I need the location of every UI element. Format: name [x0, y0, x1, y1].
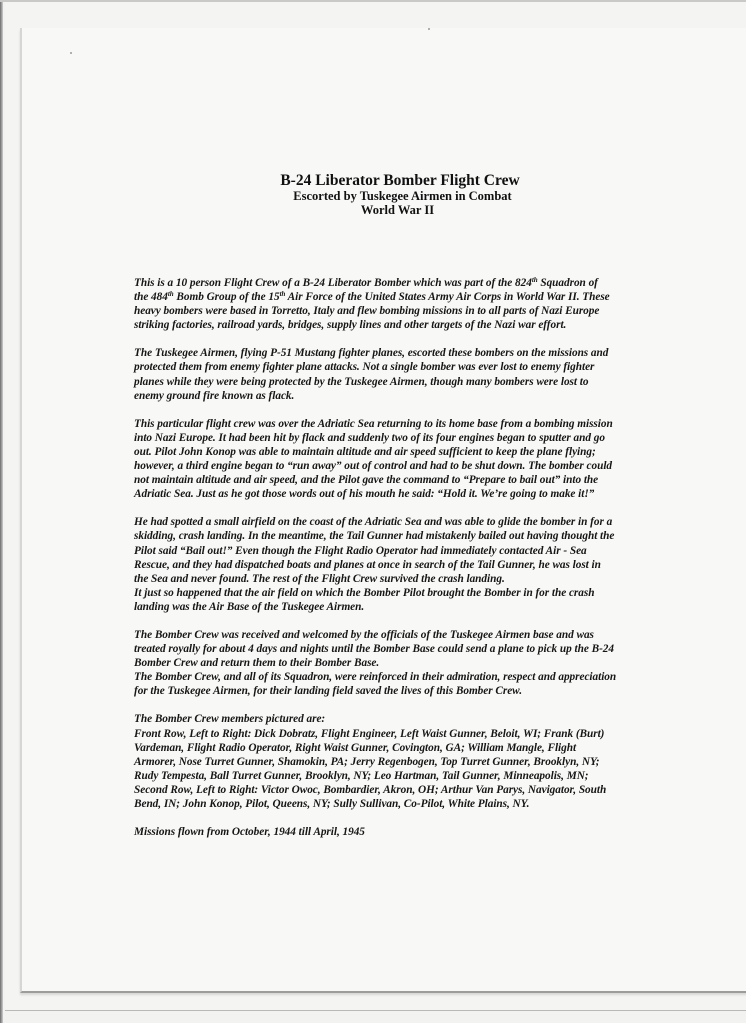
- text-line: into Nazi Europe. It had been hit by fla…: [134, 431, 664, 445]
- text-line: Armorer, Nose Turret Gunner, Shamokin, P…: [134, 755, 664, 769]
- text-line: landing was the Air Base of the Tuskegee…: [134, 600, 664, 614]
- text-line: striking factories, railroad yards, brid…: [134, 318, 664, 332]
- text-line: He had spotted a small airfield on the c…: [134, 515, 664, 529]
- text-line: Rudy Tempesta, Ball Turret Gunner, Brook…: [134, 769, 664, 783]
- paragraph-flight: This particular flight crew was over the…: [134, 417, 664, 502]
- text-line: It just so happened that the air field o…: [134, 586, 664, 600]
- text-line: planes while they were being protected b…: [134, 375, 664, 389]
- text-line: enemy ground fire known as flack.: [134, 389, 664, 403]
- text-line: for the Tuskegee Airmen, for their landi…: [134, 684, 664, 698]
- paragraph-crew-list: The Bomber Crew members pictured are:Fro…: [134, 712, 664, 811]
- paragraph-escort: The Tuskegee Airmen, flying P-51 Mustang…: [134, 346, 664, 402]
- text-line: not maintain altitude and air speed, and…: [134, 473, 664, 487]
- text-line: heavy bombers were based in Torretto, It…: [134, 304, 664, 318]
- text-line: This is a 10 person Flight Crew of a B-2…: [134, 276, 664, 290]
- text-line: The Bomber Crew members pictured are:: [134, 712, 664, 726]
- text-line: the 484th Bomb Group of the 15th Air For…: [134, 290, 664, 304]
- text-line: The Bomber Crew was received and welcome…: [134, 628, 664, 642]
- text-line: This particular flight crew was over the…: [134, 417, 664, 431]
- ordinal-suffix: th: [532, 276, 538, 284]
- text-line: the Sea and never found. The rest of the…: [134, 572, 664, 586]
- text-line: skidding, crash landing. In the meantime…: [134, 529, 664, 543]
- paragraph-hospitality: The Bomber Crew was received and welcome…: [134, 628, 664, 698]
- text-line: protected them from enemy fighter plane …: [134, 360, 664, 374]
- scan-speck: [70, 52, 72, 54]
- text-line: Bomber Crew and return them to their Bom…: [134, 656, 664, 670]
- document-subtitle: Escorted by Tuskegee Airmen in Combat: [0, 189, 746, 203]
- text-line: The Tuskegee Airmen, flying P-51 Mustang…: [134, 346, 664, 360]
- document-body: This is a 10 person Flight Crew of a B-2…: [134, 276, 664, 853]
- ordinal-suffix: th: [280, 290, 286, 298]
- text-line: Pilot said “Bail out!” Even though the F…: [134, 544, 664, 558]
- paragraph-landing: He had spotted a small airfield on the c…: [134, 515, 664, 614]
- text-line: however, a third engine began to “run aw…: [134, 459, 664, 473]
- paragraph-intro: This is a 10 person Flight Crew of a B-2…: [134, 276, 664, 332]
- text-line: Adriatic Sea. Just as he got those words…: [134, 487, 664, 501]
- document-subtitle-era: World War II: [0, 203, 746, 217]
- title-block: B-24 Liberator Bomber Flight Crew Escort…: [0, 172, 746, 217]
- text-line: out. Pilot John Konop was able to mainta…: [134, 445, 664, 459]
- text-line: Vardeman, Flight Radio Operator, Right W…: [134, 741, 664, 755]
- text-line: The Bomber Crew, and all of its Squadron…: [134, 670, 664, 684]
- scan-speck: [428, 28, 430, 30]
- text-line: Missions flown from October, 1944 till A…: [134, 825, 664, 839]
- ordinal-suffix: th: [168, 290, 174, 298]
- paragraph-mission-dates: Missions flown from October, 1944 till A…: [134, 825, 664, 839]
- text-line: Second Row, Left to Right: Victor Owoc, …: [134, 783, 664, 797]
- text-line: Front Row, Left to Right: Dick Dobratz, …: [134, 727, 664, 741]
- text-line: Rescue, and they had dispatched boats an…: [134, 558, 664, 572]
- scan-edge: [0, 0, 3, 1023]
- text-line: Bend, IN; John Konop, Pilot, Queens, NY;…: [134, 797, 664, 811]
- text-line: treated royally for about 4 days and nig…: [134, 642, 664, 656]
- document-title: B-24 Liberator Bomber Flight Crew: [0, 172, 746, 189]
